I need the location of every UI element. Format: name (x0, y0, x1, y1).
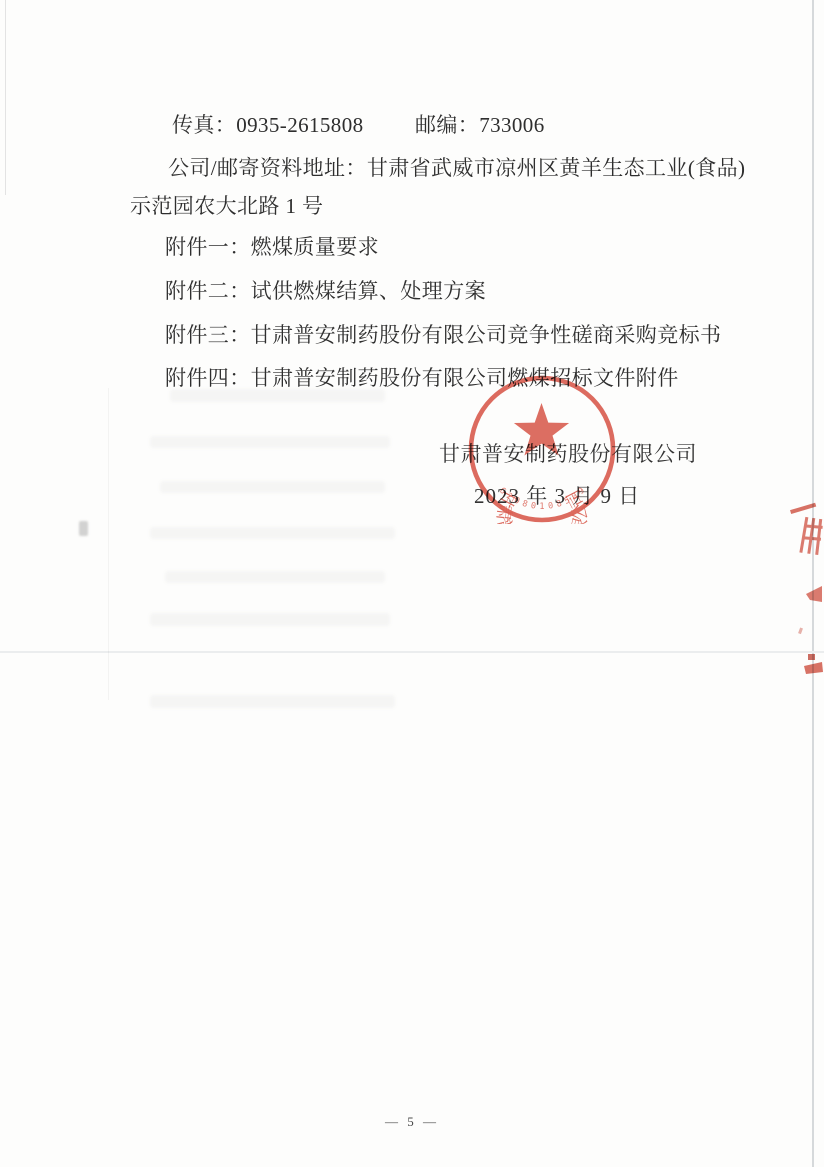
showthrough-vertical-line (108, 388, 109, 700)
showthrough-row (150, 613, 390, 626)
showthrough-row (165, 571, 385, 583)
left-edge-scan-line (5, 0, 6, 195)
seal-svg: 甘肃普安制药股份有限公司 62080108509 (467, 374, 617, 524)
seal-star-icon (514, 403, 569, 456)
edge-seal-speck (797, 626, 805, 636)
showthrough-row (150, 527, 395, 539)
address-line-1: 公司/邮寄资料地址：甘肃省武威市凉州区黄羊生态工业(食品) (168, 156, 745, 180)
scanned-document-page: 传真：0935-2615808 邮编：733006 公司/邮寄资料地址：甘肃省武… (0, 0, 824, 1167)
page-number: — 5 — (0, 1114, 824, 1130)
showthrough-row (170, 389, 385, 402)
showthrough-row (150, 695, 395, 708)
showthrough-row (160, 481, 385, 493)
postal-code-line: 邮编：733006 (415, 113, 545, 137)
faint-horizontal-scan-line (0, 651, 824, 653)
showthrough-row (150, 436, 390, 448)
address-line-2: 示范园农大北路 1 号 (130, 194, 323, 218)
scan-speck (79, 521, 88, 536)
attachment-3: 附件三：甘肃普安制药股份有限公司竞争性磋商采购竞标书 (165, 323, 721, 347)
attachment-1: 附件一：燃煤质量要求 (165, 235, 379, 259)
fax-line: 传真：0935-2615808 (172, 113, 364, 137)
edge-seal-fragment-mid (802, 584, 824, 604)
edge-seal-fragment-bottom (800, 652, 824, 678)
seal-ring (471, 378, 613, 520)
edge-seal-fragment-top (790, 500, 824, 575)
attachment-2: 附件二：试供燃煤结算、处理方案 (165, 279, 486, 303)
company-seal-stamp: 甘肃普安制药股份有限公司 62080108509 (467, 374, 617, 524)
